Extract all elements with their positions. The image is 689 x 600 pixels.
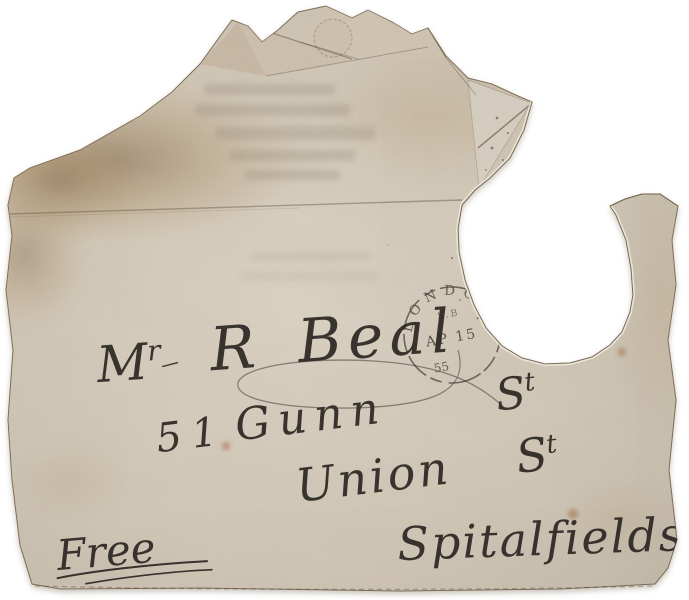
area-line: Spitalfields: [397, 507, 686, 571]
street-number: 51: [154, 408, 230, 462]
recipient-title-main: M: [94, 333, 152, 395]
recipient-initial: R: [207, 312, 258, 385]
scan-background: LONDON S.B AP 15 55 Mr R Beal 51 Gunn St: [0, 0, 689, 600]
frank-mark: Free: [54, 523, 158, 581]
area-name: Spitalfields: [397, 507, 686, 571]
envelope-scan: LONDON S.B AP 15 55 Mr R Beal 51 Gunn St: [0, 0, 689, 600]
recipient-surname: Beal: [294, 296, 458, 377]
